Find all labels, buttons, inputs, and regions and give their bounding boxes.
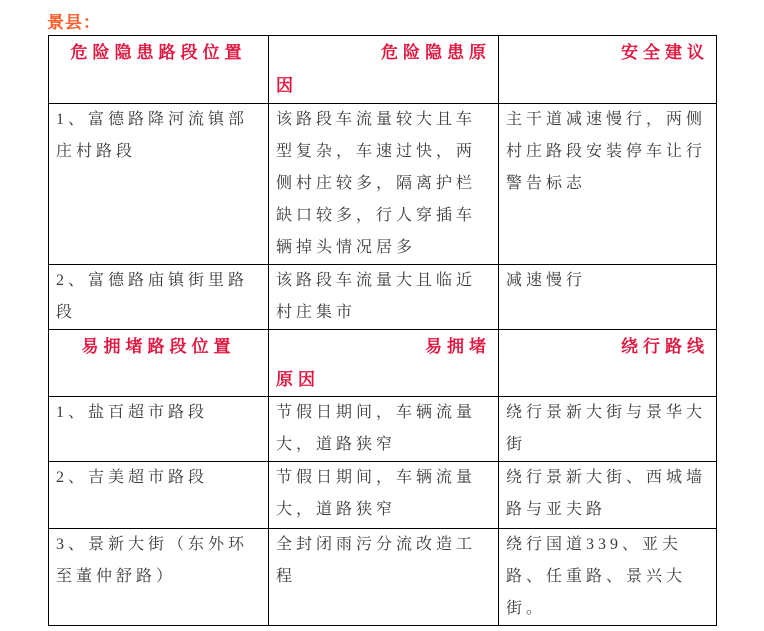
table-row: 2、富德路庙镇街里路 段 该路段车流量大且临近 村庄集市 减速慢行 xyxy=(49,265,717,330)
header-congestion-location: 易拥堵路段位置 xyxy=(49,330,269,397)
cell-reason: 该路段车流量大且临近 村庄集市 xyxy=(269,265,499,330)
cell-location: 2、吉美超市路段 xyxy=(49,462,269,529)
header-congestion-reason-line2: 原因 xyxy=(276,363,491,396)
cell-advice: 绕行景新大街、西城墙 路与亚夫路 xyxy=(499,462,717,529)
header-hazard-reason-line2: 因 xyxy=(276,69,491,102)
cell-location: 2、富德路庙镇街里路 段 xyxy=(49,265,269,330)
cell-reason: 节假日期间，车辆流量 大，道路狭窄 xyxy=(269,397,499,462)
table-row: 3、景新大街（东外环 至董仲舒路） 全封闭雨污分流改造工 程 绕行国道339、亚… xyxy=(49,529,717,626)
header-hazard-location: 危险隐患路段位置 xyxy=(49,36,269,104)
header-safety-advice: 安全建议 xyxy=(499,36,717,104)
table-row: 1、盐百超市路段 节假日期间，车辆流量 大，道路狭窄 绕行景新大街与景华大 街 xyxy=(49,397,717,462)
cell-reason: 节假日期间，车辆流量 大，道路狭窄 xyxy=(269,462,499,529)
traffic-info-table: 危险隐患路段位置 危险隐患原 因 安全建议 1、富德路降河流镇部 庄村路段 该路… xyxy=(48,35,717,626)
cell-advice: 主干道减速慢行，两侧 村庄路段安装停车让行 警告标志 xyxy=(499,104,717,265)
header-detour-route: 绕行路线 xyxy=(499,330,717,397)
cell-reason: 该路段车流量较大且车 型复杂，车速过快，两 侧村庄较多，隔离护栏 缺口较多，行人… xyxy=(269,104,499,265)
cell-advice: 绕行景新大街与景华大 街 xyxy=(499,397,717,462)
cell-advice: 绕行国道339、亚夫 路、任重路、景兴大 街。 xyxy=(499,529,717,626)
table-row: 2、吉美超市路段 节假日期间，车辆流量 大，道路狭窄 绕行景新大街、西城墙 路与… xyxy=(49,462,717,529)
cell-location: 3、景新大街（东外环 至董仲舒路） xyxy=(49,529,269,626)
header-congestion-reason: 易拥堵 原因 xyxy=(269,330,499,397)
hazard-header-row: 危险隐患路段位置 危险隐患原 因 安全建议 xyxy=(49,36,717,104)
congestion-header-row: 易拥堵路段位置 易拥堵 原因 绕行路线 xyxy=(49,330,717,397)
cell-location: 1、富德路降河流镇部 庄村路段 xyxy=(49,104,269,265)
header-congestion-reason-line1: 易拥堵 xyxy=(276,330,491,363)
header-hazard-reason: 危险隐患原 因 xyxy=(269,36,499,104)
cell-advice: 减速慢行 xyxy=(499,265,717,330)
cell-reason: 全封闭雨污分流改造工 程 xyxy=(269,529,499,626)
page-title: 景县： xyxy=(47,8,101,33)
page: { "page": { "title": "景县：" }, "colors": … xyxy=(0,0,764,631)
table-row: 1、富德路降河流镇部 庄村路段 该路段车流量较大且车 型复杂，车速过快，两 侧村… xyxy=(49,104,717,265)
header-hazard-reason-line1: 危险隐患原 xyxy=(276,36,491,69)
cell-location: 1、盐百超市路段 xyxy=(49,397,269,462)
